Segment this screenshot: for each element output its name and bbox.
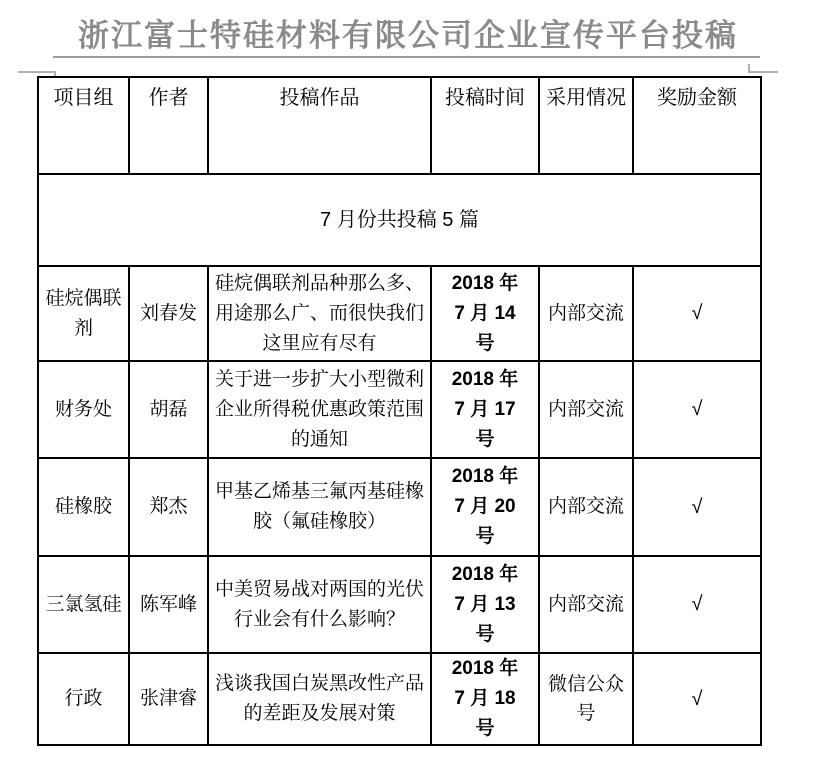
table-row: 硅烷偶联剂 刘春发 硅烷偶联剂品种那么多、用途那么广、而很快我们这里应有尽有 2… (38, 266, 761, 361)
cell-adoption: 内部交流 (539, 266, 633, 361)
table-row: 硅橡胶 郑杰 甲基乙烯基三氟丙基硅橡胶（氟硅橡胶） 2018 年 7 月 20 … (38, 458, 761, 556)
cell-work: 甲基乙烯基三氟丙基硅橡胶（氟硅橡胶） (208, 458, 431, 556)
cell-author: 刘春发 (129, 266, 208, 361)
table-row: 行政 张津睿 浅谈我国白炭黑改性产品的差距及发展对策 2018 年 7 月 18… (38, 653, 761, 745)
cell-author: 张津睿 (129, 653, 208, 745)
title-underline (53, 56, 760, 58)
cell-work: 浅谈我国白炭黑改性产品的差距及发展对策 (208, 653, 431, 745)
cell-reward: √ (633, 361, 761, 458)
col-header-author: 作者 (129, 77, 208, 174)
page-title: 浙江富士特硅材料有限公司企业宣传平台投稿 (0, 10, 816, 55)
cell-adoption: 内部交流 (539, 556, 633, 653)
col-header-date: 投稿时间 (431, 77, 539, 174)
right-margin-mark (748, 71, 778, 73)
table-header-row: 项目组 作者 投稿作品 投稿时间 采用情况 奖励金额 (38, 77, 761, 174)
cell-project-group: 硅橡胶 (38, 458, 129, 556)
cell-reward: √ (633, 266, 761, 361)
cell-project-group: 行政 (38, 653, 129, 745)
right-margin-mark-tick (748, 64, 750, 71)
cell-work: 关于进一步扩大小型微利企业所得税优惠政策范围的通知 (208, 361, 431, 458)
cell-adoption: 内部交流 (539, 458, 633, 556)
cell-author: 郑杰 (129, 458, 208, 556)
summary-cell: 7 月份共投稿 5 篇 (38, 174, 761, 266)
col-header-work: 投稿作品 (208, 77, 431, 174)
submission-table: 项目组 作者 投稿作品 投稿时间 采用情况 奖励金额 7 月份共投稿 5 篇 硅… (37, 76, 762, 746)
table-row: 三氯氢硅 陈军峰 中美贸易战对两国的光伏行业会有什么影响？ 2018 年 7 月… (38, 556, 761, 653)
cell-date: 2018 年 7 月 13 号 (431, 556, 539, 653)
cell-author: 陈军峰 (129, 556, 208, 653)
cell-reward: √ (633, 653, 761, 745)
cell-reward: √ (633, 458, 761, 556)
cell-date: 2018 年 7 月 17 号 (431, 361, 539, 458)
cell-project-group: 硅烷偶联剂 (38, 266, 129, 361)
cell-project-group: 财务处 (38, 361, 129, 458)
cell-work: 硅烷偶联剂品种那么多、用途那么广、而很快我们这里应有尽有 (208, 266, 431, 361)
cell-date: 2018 年 7 月 18 号 (431, 653, 539, 745)
cell-adoption: 微信公众号 (539, 653, 633, 745)
cell-date: 2018 年 7 月 20 号 (431, 458, 539, 556)
left-margin-mark (18, 71, 56, 73)
summary-row: 7 月份共投稿 5 篇 (38, 174, 761, 266)
cell-author: 胡磊 (129, 361, 208, 458)
cell-date: 2018 年 7 月 14 号 (431, 266, 539, 361)
cell-work: 中美贸易战对两国的光伏行业会有什么影响？ (208, 556, 431, 653)
table-row: 财务处 胡磊 关于进一步扩大小型微利企业所得税优惠政策范围的通知 2018 年 … (38, 361, 761, 458)
cell-project-group: 三氯氢硅 (38, 556, 129, 653)
cell-adoption: 内部交流 (539, 361, 633, 458)
col-header-reward: 奖励金额 (633, 77, 761, 174)
col-header-project-group: 项目组 (38, 77, 129, 174)
col-header-adoption: 采用情况 (539, 77, 633, 174)
cell-reward: √ (633, 556, 761, 653)
